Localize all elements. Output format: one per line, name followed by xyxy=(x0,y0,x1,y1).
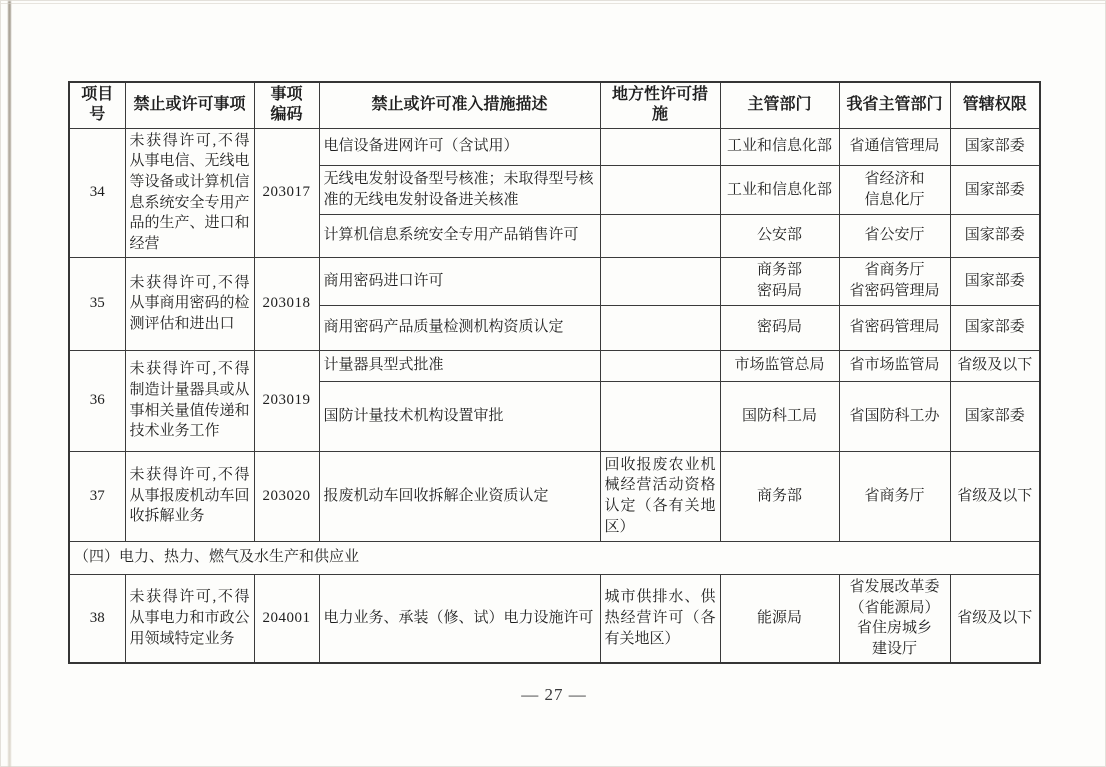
cell-item-no: 38 xyxy=(69,574,125,663)
col-header-dept: 主管部门 xyxy=(720,82,839,128)
cell-local-measure xyxy=(600,381,720,451)
cell-dept: 国防科工局 xyxy=(720,381,839,451)
cell-authority: 国家部委 xyxy=(950,257,1040,305)
cell-item-no: 35 xyxy=(69,257,125,350)
cell-authority: 省级及以下 xyxy=(950,350,1040,381)
cell-prov-dept: 省国防科工办 xyxy=(839,381,950,451)
col-header-code: 事项 编码 xyxy=(254,82,319,128)
cell-measure: 商用密码产品质量检测机构资质认定 xyxy=(319,305,600,350)
table-header-row: 项目号 禁止或许可事项 事项 编码 禁止或许可准入措施描述 地方性许可措施 主管… xyxy=(69,82,1040,128)
section-header-label: （四）电力、热力、燃气及水生产和供应业 xyxy=(69,541,1040,574)
cell-measure: 电力业务、承装（修、试）电力设施许可 xyxy=(319,574,600,663)
cell-prov-dept: 省商务厅 省密码管理局 xyxy=(839,257,950,305)
cell-prov-dept: 省市场监管局 xyxy=(839,350,950,381)
table-row: 36 未获得许可,不得制造计量器具或从事相关量值传递和技术业务工作 203019… xyxy=(69,350,1040,381)
col-header-prov-dept: 我省主管部门 xyxy=(839,82,950,128)
cell-local-measure xyxy=(600,214,720,257)
cell-dept: 工业和信息化部 xyxy=(720,128,839,166)
cell-matter: 未获得许可,不得制造计量器具或从事相关量值传递和技术业务工作 xyxy=(125,350,254,451)
cell-authority: 国家部委 xyxy=(950,128,1040,166)
cell-dept: 工业和信息化部 xyxy=(720,166,839,215)
cell-prov-dept: 省通信管理局 xyxy=(839,128,950,166)
cell-dept: 公安部 xyxy=(720,214,839,257)
cell-authority: 省级及以下 xyxy=(950,574,1040,663)
cell-matter: 未获得许可,不得从事电力和市政公用领域特定业务 xyxy=(125,574,254,663)
cell-code: 203017 xyxy=(254,128,319,257)
cell-local-measure xyxy=(600,166,720,215)
cell-local-measure xyxy=(600,128,720,166)
cell-measure: 国防计量技术机构设置审批 xyxy=(319,381,600,451)
col-header-item-no: 项目号 xyxy=(69,82,125,128)
col-header-authority: 管辖权限 xyxy=(950,82,1040,128)
cell-matter: 未获得许可,不得从事电信、无线电等设备或计算机信息系统安全专用产品的生产、进口和… xyxy=(125,128,254,257)
table-row: 38 未获得许可,不得从事电力和市政公用领域特定业务 204001 电力业务、承… xyxy=(69,574,1040,663)
cell-authority: 国家部委 xyxy=(950,305,1040,350)
cell-dept: 商务部 密码局 xyxy=(720,257,839,305)
scanned-page: 项目号 禁止或许可事项 事项 编码 禁止或许可准入措施描述 地方性许可措施 主管… xyxy=(0,0,1106,767)
cell-dept: 能源局 xyxy=(720,574,839,663)
cell-measure: 计量器具型式批准 xyxy=(319,350,600,381)
table-row: 37 未获得许可,不得从事报废机动车回收拆解业务 203020 报废机动车回收拆… xyxy=(69,451,1040,541)
cell-authority: 国家部委 xyxy=(950,214,1040,257)
page-number: — 27 — xyxy=(1,685,1106,705)
cell-prov-dept: 省发展改革委 （省能源局） 省住房城乡 建设厅 xyxy=(839,574,950,663)
permit-items-table: 项目号 禁止或许可事项 事项 编码 禁止或许可准入措施描述 地方性许可措施 主管… xyxy=(68,81,1041,664)
cell-code: 203020 xyxy=(254,451,319,541)
cell-measure: 商用密码进口许可 xyxy=(319,257,600,305)
cell-item-no: 34 xyxy=(69,128,125,257)
cell-local-measure xyxy=(600,350,720,381)
col-header-matter: 禁止或许可事项 xyxy=(125,82,254,128)
cell-local-measure: 城市供排水、供热经营许可（各有关地区） xyxy=(600,574,720,663)
cell-measure: 报废机动车回收拆解企业资质认定 xyxy=(319,451,600,541)
cell-prov-dept: 省密码管理局 xyxy=(839,305,950,350)
cell-item-no: 37 xyxy=(69,451,125,541)
scan-edge-artifact xyxy=(8,1,11,767)
cell-local-measure xyxy=(600,257,720,305)
table-row: 35 未获得许可,不得从事商用密码的检测评估和进出口 203018 商用密码进口… xyxy=(69,257,1040,305)
cell-code: 204001 xyxy=(254,574,319,663)
cell-dept: 商务部 xyxy=(720,451,839,541)
cell-dept: 市场监管总局 xyxy=(720,350,839,381)
cell-local-measure xyxy=(600,305,720,350)
col-header-measure-desc: 禁止或许可准入措施描述 xyxy=(319,82,600,128)
cell-measure: 计算机信息系统安全专用产品销售许可 xyxy=(319,214,600,257)
cell-measure: 电信设备进网许可（含试用） xyxy=(319,128,600,166)
section-header-row: （四）电力、热力、燃气及水生产和供应业 xyxy=(69,541,1040,574)
cell-code: 203019 xyxy=(254,350,319,451)
cell-prov-dept: 省经济和 信息化厅 xyxy=(839,166,950,215)
cell-matter: 未获得许可,不得从事商用密码的检测评估和进出口 xyxy=(125,257,254,350)
cell-local-measure: 回收报废农业机械经营活动资格认定（各有关地区） xyxy=(600,451,720,541)
cell-measure: 无线电发射设备型号核准；未取得型号核准的无线电发射设备进关核准 xyxy=(319,166,600,215)
cell-matter: 未获得许可,不得从事报废机动车回收拆解业务 xyxy=(125,451,254,541)
col-header-local-measure: 地方性许可措施 xyxy=(600,82,720,128)
cell-authority: 国家部委 xyxy=(950,166,1040,215)
cell-dept: 密码局 xyxy=(720,305,839,350)
cell-prov-dept: 省公安厅 xyxy=(839,214,950,257)
scan-edge-artifact-top xyxy=(1,3,1106,4)
cell-prov-dept: 省商务厅 xyxy=(839,451,950,541)
table-row: 34 未获得许可,不得从事电信、无线电等设备或计算机信息系统安全专用产品的生产、… xyxy=(69,128,1040,166)
cell-item-no: 36 xyxy=(69,350,125,451)
cell-authority: 国家部委 xyxy=(950,381,1040,451)
cell-authority: 省级及以下 xyxy=(950,451,1040,541)
cell-code: 203018 xyxy=(254,257,319,350)
